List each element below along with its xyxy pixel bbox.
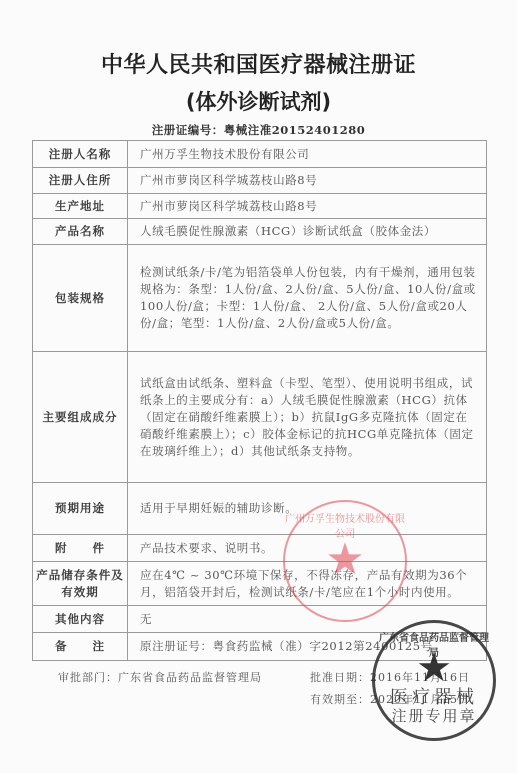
row-label: 注册人住所 [33,168,128,194]
row-value: 检测试纸条/卡/笔为铝箔袋单人份包装，内有干燥剂，通用包装规格为：条型：1人份/… [128,245,487,352]
approval-date: 批准日期：2016年11月16日 [310,669,470,685]
row-label: 产品储存条件及有效期 [33,562,128,606]
row-value: 广州市萝岗区科学城荔枝山路8号 [128,168,487,194]
table-row: 预期用途 适用于早期妊娠的辅助诊断。 [33,483,487,535]
valid-until: 有效期至：2020年11月15日 [310,691,470,707]
row-label: 附 件 [33,535,128,562]
approval-department-label: 审批部门： [58,671,118,684]
table-row: 备 注 原注册证号：粤食药监械（准）字2012第2400125号 [33,633,487,661]
agency-seal-line2: 注册专用章 [375,705,493,726]
certificate-number: 注册证编号：粤械注准20152401280 [0,122,517,138]
table-row: 其他内容 无 [33,606,487,633]
certificate-table: 注册人名称 广州万孚生物技术股份有限公司 注册人住所 广州市萝岗区科学城荔枝山路… [32,140,487,661]
row-label: 包装规格 [33,245,128,352]
valid-until-label: 有效期至： [310,693,370,706]
row-value: 应在4℃ ~ 30℃环境下保存，不得冻存，产品有效期为36个月，铝箔袋开封后，检… [128,562,487,606]
row-label: 主要组成成分 [33,352,128,483]
valid-until-value: 2020年11月15日 [370,693,470,706]
certificate-number-label: 注册证编号： [152,123,224,137]
row-label: 产品名称 [33,219,128,245]
table-row: 包装规格 检测试纸条/卡/笔为铝箔袋单人份包装，内有干燥剂，通用包装规格为：条型… [33,245,487,352]
table-row: 产品名称 人绒毛膜促性腺激素（HCG）诊断试纸盒（胶体金法） [33,219,487,245]
certificate-number-value: 粤械注准20152401280 [224,123,366,137]
row-label: 生产地址 [33,194,128,219]
row-value: 无 [128,606,487,633]
approval-department-value: 广东省食品药品监督管理局 [118,671,262,684]
document-title: 中华人民共和国医疗器械注册证 [0,48,517,79]
table-row: 生产地址 广州市萝岗区科学城荔枝山路8号 [33,194,487,219]
table-row: 注册人住所 广州市萝岗区科学城荔枝山路8号 [33,168,487,194]
row-value: 试纸盒由试纸条、塑料盒（卡型、笔型）、使用说明书组成，试纸条上的主要成分有：a）… [128,352,487,483]
document-subtitle: (体外诊断试剂) [0,86,517,116]
approval-date-value: 2016年11月16日 [370,671,470,684]
row-label: 其他内容 [33,606,128,633]
row-value: 原注册证号：粤食药监械（准）字2012第2400125号 [128,633,487,661]
row-label: 预期用途 [33,483,128,535]
row-value: 适用于早期妊娠的辅助诊断。 [128,483,487,535]
row-value: 广州万孚生物技术股份有限公司 [128,141,487,168]
table-row: 产品储存条件及有效期 应在4℃ ~ 30℃环境下保存，不得冻存，产品有效期为36… [33,562,487,606]
table-row: 注册人名称 广州万孚生物技术股份有限公司 [33,141,487,168]
row-value: 广州市萝岗区科学城荔枝山路8号 [128,194,487,219]
table-row: 附 件 产品技术要求、说明书。 [33,535,487,562]
row-label: 注册人名称 [33,141,128,168]
row-label: 备 注 [33,633,128,661]
approval-department: 审批部门：广东省食品药品监督管理局 [58,669,262,685]
approval-date-label: 批准日期： [310,671,370,684]
row-value: 人绒毛膜促性腺激素（HCG）诊断试纸盒（胶体金法） [128,219,487,245]
table-row: 主要组成成分 试纸盒由试纸条、塑料盒（卡型、笔型）、使用说明书组成，试纸条上的主… [33,352,487,483]
row-value: 产品技术要求、说明书。 [128,535,487,562]
